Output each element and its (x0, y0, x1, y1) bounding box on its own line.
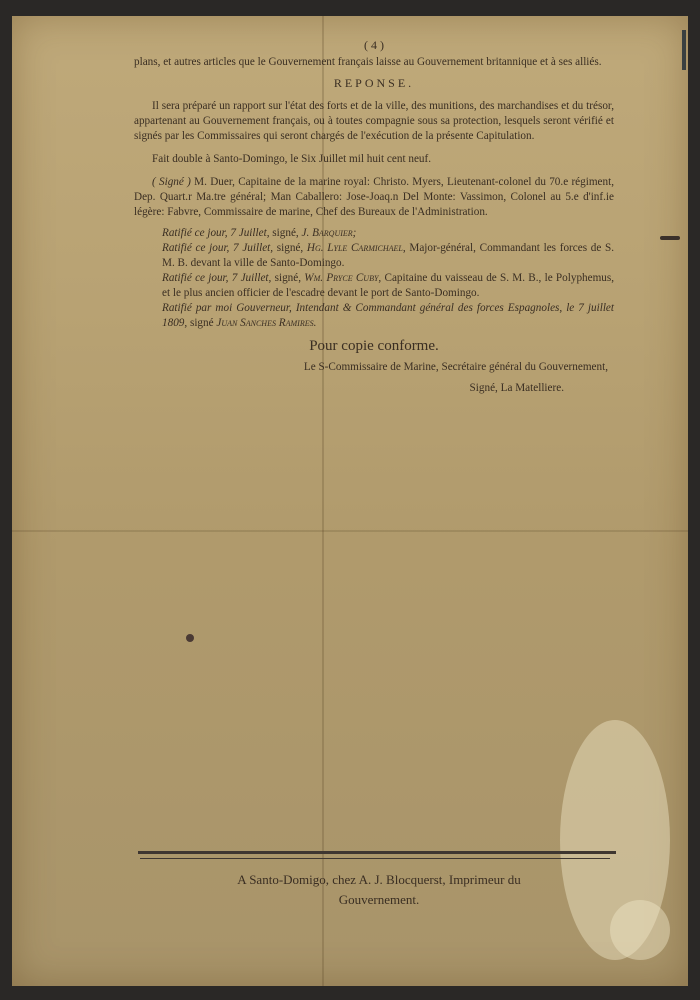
ratification-2: Ratifié ce jour, 7 Juillet, signé, Hg. L… (134, 241, 614, 271)
signatories-paragraph: ( Signé ) M. Duer, Capitaine de la marin… (134, 175, 614, 220)
imprint-rule-thin (140, 858, 610, 859)
ratification-1: Ratifié ce jour, 7 Juillet, signé, J. Ba… (134, 226, 614, 241)
imprint-rule-thick (138, 851, 616, 854)
document-body: ( 4 ) plans, et autres articles que le G… (134, 38, 614, 396)
opening-paragraph: plans, et autres articles que le Gouvern… (134, 55, 614, 70)
copie-conforme: Pour copie conforme. (134, 339, 614, 354)
ratification-name: Juan Sanches Ramires. (216, 317, 316, 329)
ratification-signed: signé, (272, 227, 298, 239)
signe-prefix: ( Signé ) (152, 176, 191, 188)
response-paragraph: Il sera préparé un rapport sur l'état de… (134, 99, 614, 144)
ink-dot (186, 634, 194, 642)
ratification-name: Wm. Pryce Cuby, (304, 272, 381, 284)
ratification-name: J. Barquier; (302, 227, 357, 239)
ratification-signed: signé, (275, 272, 301, 284)
ratification-intro: Ratifié ce jour, 7 Juillet, (162, 227, 270, 239)
ratification-signed: signé, (277, 242, 303, 254)
signed-by: Signé, La Matelliere. (134, 381, 614, 396)
page-number: ( 4 ) (134, 38, 614, 53)
ratification-name: Hg. Lyle Carmichael, (307, 242, 406, 254)
imprint-line-1: A Santo-Domigo, chez A. J. Blocquerst, I… (140, 870, 618, 890)
imprint-line-2: Gouvernement. (140, 890, 618, 910)
secretary-line: Le S-Commissaire de Marine, Secrétaire g… (134, 360, 614, 375)
horizontal-fold-line (12, 530, 688, 532)
ratification-4: Ratifié par moi Gouverneur, Intendant & … (134, 301, 614, 331)
ratification-intro: Ratifié ce jour, 7 Juillet, (162, 272, 271, 284)
section-heading: REPONSE. (134, 76, 614, 91)
signatories-text: M. Duer, Capitaine de la marine royal: C… (134, 176, 614, 218)
ratification-3: Ratifié ce jour, 7 Juillet, signé, Wm. P… (134, 271, 614, 301)
ratification-intro: Ratifié ce jour, 7 Juillet, (162, 242, 273, 254)
ratification-signed: signé (190, 317, 214, 329)
edge-mark (682, 30, 686, 70)
ink-mark (660, 236, 680, 240)
fait-double-line: Fait double à Santo-Domingo, le Six Juil… (134, 152, 614, 167)
paper-damage-stain (610, 900, 670, 960)
printer-imprint: A Santo-Domigo, chez A. J. Blocquerst, I… (140, 870, 618, 910)
